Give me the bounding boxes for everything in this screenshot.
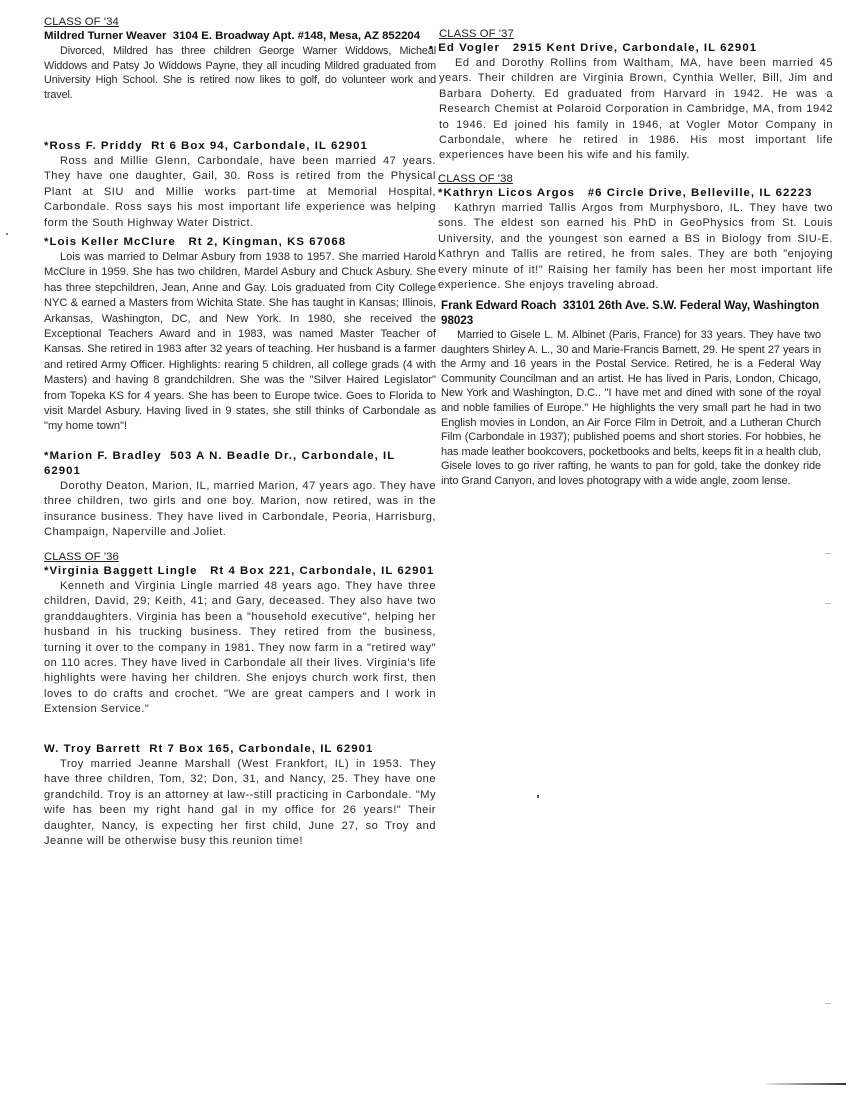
class-heading-34: CLASS OF '34 [44,15,436,29]
alumnus-address: Rt 6 Box 94, Carbondale, IL 62901 [151,140,368,152]
alumnus-name: *Ross F. Priddy [44,140,143,152]
alumni-entry-ross-priddy: *Ross F. Priddy Rt 6 Box 94, Carbondale,… [44,139,436,231]
alumni-entry-mildred-weaver: CLASS OF '34 Mildred Turner Weaver 3104 … [44,15,436,103]
scan-edge-mark [825,1003,831,1004]
alumni-entry-troy-barrett: W. Troy Barrett Rt 7 Box 165, Carbondale… [44,742,436,849]
alumnus-address: Rt 4 Box 221, Carbondale, IL 62901 [210,565,434,577]
alumni-entry-lois-mcclure: *Lois Keller McClure Rt 2, Kingman, KS 6… [44,235,436,435]
entry-header: *Lois Keller McClure Rt 2, Kingman, KS 6… [44,235,436,250]
scan-speck [6,233,8,235]
alumnus-name: Mildred Turner Weaver [44,30,166,42]
entry-body: Divorced, Mildred has three children Geo… [44,44,436,103]
entry-header: *Marion F. Bradley 503 A N. Beadle Dr., … [44,449,436,479]
entry-body: Troy married Jeanne Marshall (West Frank… [44,757,436,849]
alumnus-name: Frank Edward Roach [441,299,556,312]
entry-body: Kenneth and Virginia Lingle married 48 y… [44,579,436,718]
entry-body: Lois was married to Delmar Asbury from 1… [44,250,436,435]
alumni-entry-ed-vogler: CLASS OF '37 • Ed Vogler 2915 Kent Drive… [429,27,833,164]
class-heading-37: CLASS OF '37 [439,27,833,41]
entry-body: Ross and Millie Glenn, Carbondale, have … [44,154,436,231]
class-heading-36: CLASS OF '36 [44,550,436,564]
alumnus-address: 2915 Kent Drive, Carbondale, IL 62901 [513,42,757,54]
alumnus-name: • Ed Vogler [429,42,500,54]
alumnus-name: W. Troy Barrett [44,743,141,755]
alumnus-address: 3104 E. Broadway Apt. #148, Mesa, AZ 852… [173,30,420,42]
alumni-entry-frank-roach: Frank Edward Roach 33101 26th Ave. S.W. … [441,298,821,489]
alumni-entry-marion-bradley: *Marion F. Bradley 503 A N. Beadle Dr., … [44,449,436,541]
entry-header: Frank Edward Roach 33101 26th Ave. S.W. … [441,298,821,328]
entry-body: Kathryn married Tallis Argos from Murphy… [438,201,833,293]
entry-body: Ed and Dorothy Rollins from Waltham, MA,… [439,56,833,164]
entry-header: *Ross F. Priddy Rt 6 Box 94, Carbondale,… [44,139,436,154]
alumnus-name: *Marion F. Bradley [44,450,162,462]
alumnus-address: Rt 7 Box 165, Carbondale, IL 62901 [149,743,373,755]
entry-body: Dorothy Deaton, Marion, IL, married Mari… [44,479,436,541]
scan-speck [537,795,539,798]
entry-header: • Ed Vogler 2915 Kent Drive, Carbondale,… [429,41,833,56]
alumnus-name: *Virginia Baggett Lingle [44,565,197,577]
class-heading-38: CLASS OF '38 [438,172,833,186]
entry-header: Mildred Turner Weaver 3104 E. Broadway A… [44,29,436,44]
scanned-newsletter-page: CLASS OF '34 Mildred Turner Weaver 3104 … [0,0,850,1099]
scan-edge-mark [825,93,831,94]
alumni-entry-virginia-lingle: CLASS OF '36 *Virginia Baggett Lingle Rt… [44,550,436,718]
entry-body: Married to Gisele L. M. Albinet (Paris, … [441,328,821,489]
alumnus-address: #6 Circle Drive, Belleville, IL 62223 [588,187,813,199]
scan-edge-mark [825,553,831,554]
alumnus-name: *Kathryn Licos Argos [438,187,575,199]
scan-edge-mark [825,603,831,604]
entry-header: W. Troy Barrett Rt 7 Box 165, Carbondale… [44,742,436,757]
entry-header: *Virginia Baggett Lingle Rt 4 Box 221, C… [44,564,436,579]
entry-header: *Kathryn Licos Argos #6 Circle Drive, Be… [438,186,833,201]
alumni-entry-kathryn-argos: CLASS OF '38 *Kathryn Licos Argos #6 Cir… [438,172,833,293]
alumnus-name: *Lois Keller McClure [44,236,176,248]
alumnus-address: Rt 2, Kingman, KS 67068 [188,236,346,248]
scan-edge-bar [766,1083,846,1085]
